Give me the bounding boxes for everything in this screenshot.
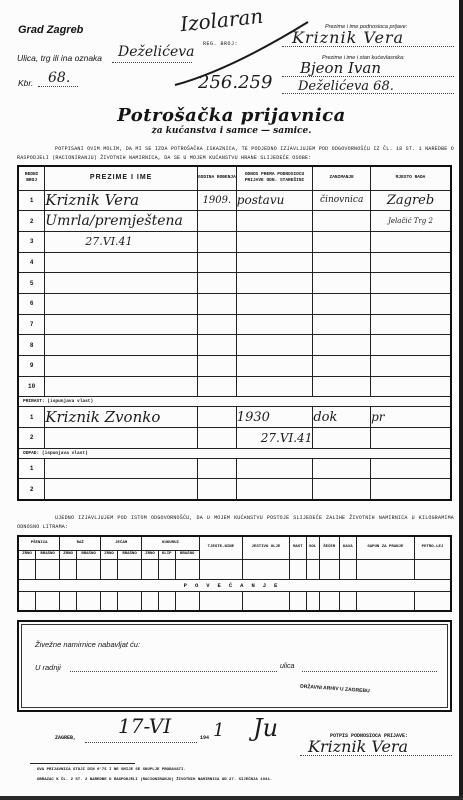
city-label: Grad Zagreb — [18, 24, 83, 36]
shop-box — [17, 620, 452, 712]
col-sugar: ŠEĆER — [319, 536, 339, 559]
group-rye: RAŽ — [60, 536, 101, 550]
odpad-section-header: ODPAD: (ispunjava vlast) — [18, 448, 451, 458]
stock-intro-text: UJEDNO IZJAVLJUJEM POD ISTOM ODGOVORNOŠĆ… — [17, 514, 454, 532]
col-header-birth-year: GODINA ROĐENJA — [197, 166, 236, 190]
row-number: 2 — [18, 479, 45, 500]
workplace: Jelačić Trg 2 — [388, 217, 433, 225]
shop-line — [70, 671, 277, 672]
landlord-value: Bjeon Ivan — [300, 59, 381, 77]
sub-flour: BRAŠNO — [35, 550, 59, 559]
shop-label: U radnji — [35, 663, 61, 672]
sub-flour: BRAŠNO — [76, 550, 100, 559]
row-number: 5 — [18, 273, 45, 294]
col-coffee: KAVA — [339, 536, 356, 559]
group-corn: KUKURUZ — [142, 536, 200, 550]
col-oil: JESTIVO ULJE — [242, 536, 289, 559]
increase-row-header: POVEĆANJE — [18, 579, 451, 591]
table-row: 4 — [18, 252, 451, 273]
row-number: 3 — [18, 231, 45, 252]
date-note: 27.VI.41 — [261, 431, 313, 445]
sub-cob: KLIP — [158, 550, 175, 559]
col-header-relation: ODNOS PREMA PODNOSIOCU PRIJAVE ODN. STAR… — [236, 166, 313, 190]
group-wheat: PŠENICA — [18, 536, 60, 550]
landlord-address: Deželićeva 68. — [298, 79, 394, 94]
col-header-occupation: ZANIMANJE — [313, 166, 371, 190]
col-header-name: PREZIME I IME — [45, 166, 198, 190]
row-number: 2 — [18, 428, 45, 449]
shop-title: Živežne namirnice nabavljat ću: — [35, 640, 140, 649]
regulation-note: OBRAZAC K ČL. 2 ST. 2 NAREDBE O RASPODJE… — [37, 778, 272, 782]
table-row: 9 — [18, 356, 451, 377]
person-name: Umrla/premještena — [45, 213, 183, 229]
signature-value: Kriznik Vera — [308, 737, 408, 756]
person-name: Kriznik Zvonko — [45, 408, 160, 426]
col-header-workplace: MJESTO RADA — [371, 166, 451, 190]
birth-year: 1930 — [237, 410, 270, 425]
table-row: 1 — [18, 458, 451, 479]
sub-grain: ZRNO — [18, 550, 35, 559]
person-name: Kriznik Vera — [45, 191, 139, 209]
table-row: 2 27.VI.41 — [18, 428, 451, 449]
table-row: 2 Umrla/premještena Jelačić Trg 2 — [18, 211, 451, 232]
form-subtitle: za kućanstva i samce — samice. — [0, 126, 463, 136]
row-number: 10 — [18, 376, 45, 397]
diagonal-stroke-icon — [170, 20, 310, 90]
year-prefix: 194 — [200, 735, 209, 741]
scan-edge-bottom — [0, 796, 463, 800]
row-number: 1 — [18, 407, 45, 428]
price-note: OVA PRIJAVNICA STOJI DIN 0'75 I NE SMIJE… — [37, 768, 186, 772]
odpad-label: ODPAD: (ispunjava vlast) — [18, 448, 451, 458]
household-members-table: REDNI BROJ PREZIME I IME GODINA ROĐENJA … — [17, 165, 452, 501]
sub-flour: BRAŠNO — [175, 550, 199, 559]
prirast-label: PRIRAST: (ispunjava vlast) — [18, 397, 451, 407]
row-number: 1 — [18, 190, 45, 211]
birth-year: 1909. — [203, 195, 232, 206]
date-value: 17-VI — [118, 714, 171, 738]
form-title: Potrošačka prijavnica — [0, 105, 463, 126]
date-line — [85, 742, 197, 743]
col-soap: SAPUN ZA PRANJE — [356, 536, 414, 559]
row-number: 4 — [18, 252, 45, 273]
intro-text: POTPISANI OVIM MOLIM, DA MI SE IZDA POTR… — [17, 145, 454, 163]
table-row: 5 — [18, 273, 451, 294]
food-stock-table: PŠENICA RAŽ JEČAM KUKURUZ TJESTE-NINE JE… — [17, 535, 452, 612]
street-label: Ulica, trg ili ina oznaka — [17, 53, 102, 63]
ration-application-form: Grad Zagreb Ulica, trg ili ina oznaka De… — [0, 0, 463, 800]
footer-divider — [30, 763, 135, 764]
sub-grain: ZRNO — [60, 550, 77, 559]
table-row: 8 — [18, 335, 451, 356]
group-barley: JEČAM — [101, 536, 142, 550]
relation: dok — [313, 410, 337, 425]
col-petroleum: PETRO-LEJ — [414, 536, 451, 559]
occupation: činovnica — [320, 195, 363, 205]
scan-edge-right — [459, 0, 463, 800]
house-number-line — [38, 86, 78, 87]
workplace: Zagreb — [387, 193, 434, 208]
person-name: 27.VI.41 — [85, 235, 132, 248]
table-row: 3 27.VI.41 — [18, 231, 451, 252]
row-number: 9 — [18, 356, 45, 377]
row-number: 8 — [18, 335, 45, 356]
row-number: 7 — [18, 314, 45, 335]
official-signature: Ju — [253, 714, 278, 742]
row-number: 2 — [18, 211, 45, 232]
stock-row — [18, 559, 451, 579]
house-number-label: Kbr. — [18, 78, 33, 88]
sub-grain: ZRNO — [142, 550, 159, 559]
applicant-value: Kriznik Vera — [292, 28, 404, 47]
col-header-number: REDNI BROJ — [18, 166, 45, 190]
col-pasta: TJESTE-NINE — [199, 536, 242, 559]
row-number: 1 — [18, 458, 45, 479]
relation: postavu — [237, 193, 285, 207]
shop-street-label: ulica — [280, 663, 294, 670]
prirast-section-header: PRIRAST: (ispunjava vlast) — [18, 397, 451, 407]
year-suffix: 1 — [213, 720, 224, 741]
sub-grain: ZRNO — [101, 550, 118, 559]
row-number: 6 — [18, 293, 45, 314]
table-row: 6 — [18, 293, 451, 314]
house-number-value: 68. — [48, 70, 70, 86]
note: pr — [371, 410, 384, 424]
col-salt: SOL — [306, 536, 319, 559]
col-lard: MAST — [289, 536, 306, 559]
table-row: 1 Kriznik Zvonko 1930 dok pr — [18, 407, 451, 428]
table-row: 7 — [18, 314, 451, 335]
table-row: 2 — [18, 479, 451, 500]
increase-row — [18, 591, 451, 611]
place-label: ZAGREB, — [55, 735, 76, 741]
shop-street-line — [302, 671, 437, 672]
table-row: 10 — [18, 376, 451, 397]
increase-label: POVEĆANJE — [18, 579, 451, 591]
sub-flour: BRAŠNO — [117, 550, 141, 559]
table-row: 1 Kriznik Vera 1909. postavu činovnica Z… — [18, 190, 451, 211]
